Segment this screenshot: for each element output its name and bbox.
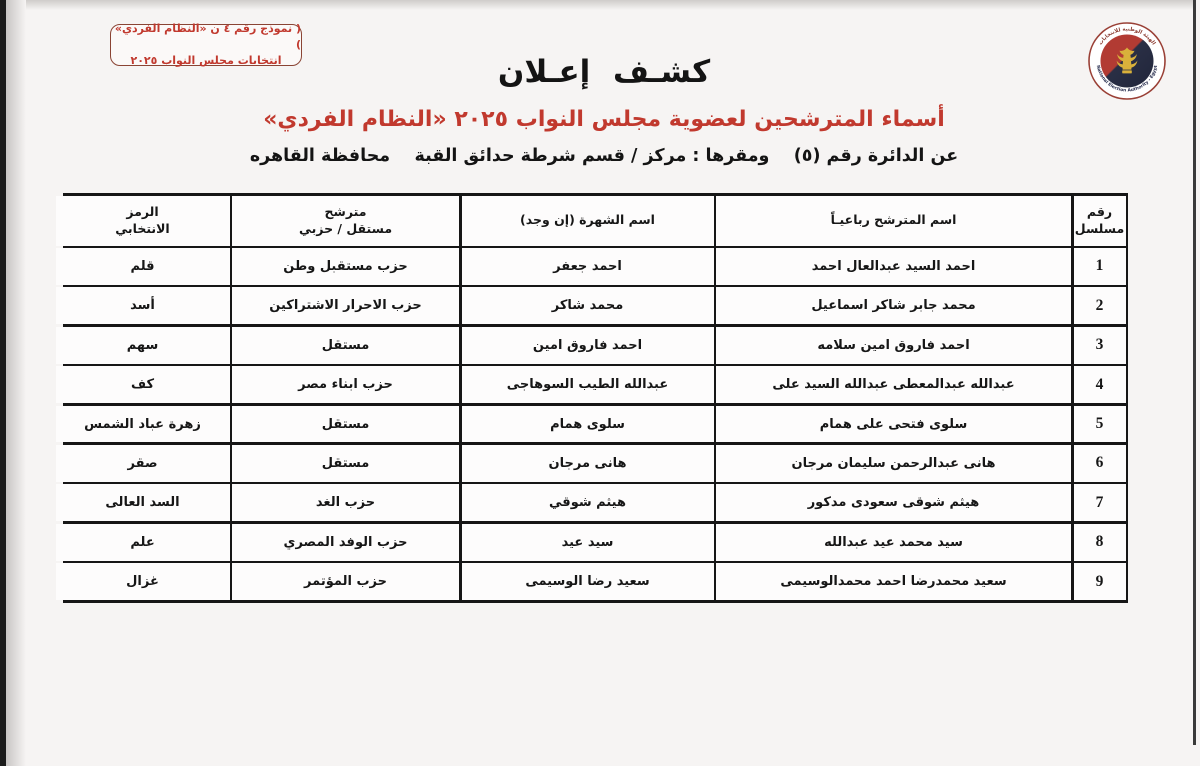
cell-name: احمد السيد عبدالعال احمد	[716, 248, 1071, 285]
cell-name: هانى عبدالرحمن سليمان مرجان	[716, 445, 1071, 482]
candidates-table: رقم مسلسل اسم المترشح رباعيـاً اسم الشهر…	[63, 193, 1128, 603]
cell-symbol: غزال	[56, 563, 230, 600]
cell-known-as: عبدالله الطيب السوهاجى	[462, 366, 714, 403]
cell-symbol: أسد	[56, 287, 230, 324]
cell-symbol: قلم	[56, 248, 230, 285]
cell-known-as: سلوى همام	[462, 406, 714, 443]
page-title: كشـف إعـلان	[0, 54, 1200, 90]
cell-party: حزب الوفد المصري	[232, 524, 459, 561]
cell-name: سعيد محمدرضا احمد محمدالوسيمى	[716, 563, 1071, 600]
header-name: اسم المترشح رباعيـاً	[716, 196, 1071, 246]
cell-party: مستقل	[232, 445, 459, 482]
cell-serial: 4	[1074, 366, 1126, 403]
photo-top-shading	[6, 0, 1194, 10]
cell-party: حزب ابناء مصر	[232, 366, 459, 403]
cell-known-as: محمد شاكر	[462, 287, 714, 324]
cell-serial: 3	[1074, 327, 1126, 364]
cell-symbol: كف	[56, 366, 230, 403]
cell-party: حزب الغد	[232, 484, 459, 521]
cell-serial: 9	[1074, 563, 1126, 600]
cell-known-as: سعيد رضا الوسيمى	[462, 563, 714, 600]
cell-serial: 8	[1074, 524, 1126, 561]
header-party: مترشح مستقل / حزبي	[232, 196, 459, 246]
cell-name: عبدالله عبدالمعطى عبدالله السيد على	[716, 366, 1071, 403]
cell-serial: 1	[1074, 248, 1126, 285]
header-symbol: الرمز الانتخابي	[56, 196, 230, 246]
cell-symbol: صقر	[56, 445, 230, 482]
cell-symbol: زهرة عباد الشمس	[56, 406, 230, 443]
district-line: عن الدائرة رقم (٥) ومقرها : مركز / قسم ش…	[0, 146, 1200, 166]
cell-serial: 6	[1074, 445, 1126, 482]
cell-party: مستقل	[232, 327, 459, 364]
cell-serial: 7	[1074, 484, 1126, 521]
cell-party: مستقل	[232, 406, 459, 443]
cell-symbol: السد العالى	[56, 484, 230, 521]
cell-known-as: احمد جعفر	[462, 248, 714, 285]
cell-name: احمد فاروق امين سلامه	[716, 327, 1071, 364]
cell-name: سيد محمد عيد عبدالله	[716, 524, 1071, 561]
cell-party: حزب المؤتمر	[232, 563, 459, 600]
cell-known-as: احمد فاروق امين	[462, 327, 714, 364]
cell-serial: 5	[1074, 406, 1126, 443]
cell-name: محمد جابر شاكر اسماعيل	[716, 287, 1071, 324]
cell-symbol: سهم	[56, 327, 230, 364]
cell-name: سلوى فتحى على همام	[716, 406, 1071, 443]
cell-name: هيثم شوقى سعودى مدكور	[716, 484, 1071, 521]
cell-known-as: هيثم شوقي	[462, 484, 714, 521]
cell-known-as: هانى مرجان	[462, 445, 714, 482]
form-number-line: ( نموذج رقم ٤ ن «النظام الفردي» )	[111, 21, 301, 53]
cell-party: حزب الاحرار الاشتراكين	[232, 287, 459, 324]
cell-known-as: سيد عيد	[462, 524, 714, 561]
scanned-document-page: ( نموذج رقم ٤ ن «النظام الفردي» ) انتخاب…	[0, 0, 1200, 766]
page-subtitle: أسماء المترشحين لعضوية مجلس النواب ٢٠٢٥ …	[0, 107, 1200, 132]
cell-serial: 2	[1074, 287, 1126, 324]
cell-party: حزب مستقبل وطن	[232, 248, 459, 285]
cell-symbol: علم	[56, 524, 230, 561]
header-serial: رقم مسلسل	[1074, 196, 1126, 246]
header-known-as: اسم الشهرة (إن وجد)	[462, 196, 714, 246]
